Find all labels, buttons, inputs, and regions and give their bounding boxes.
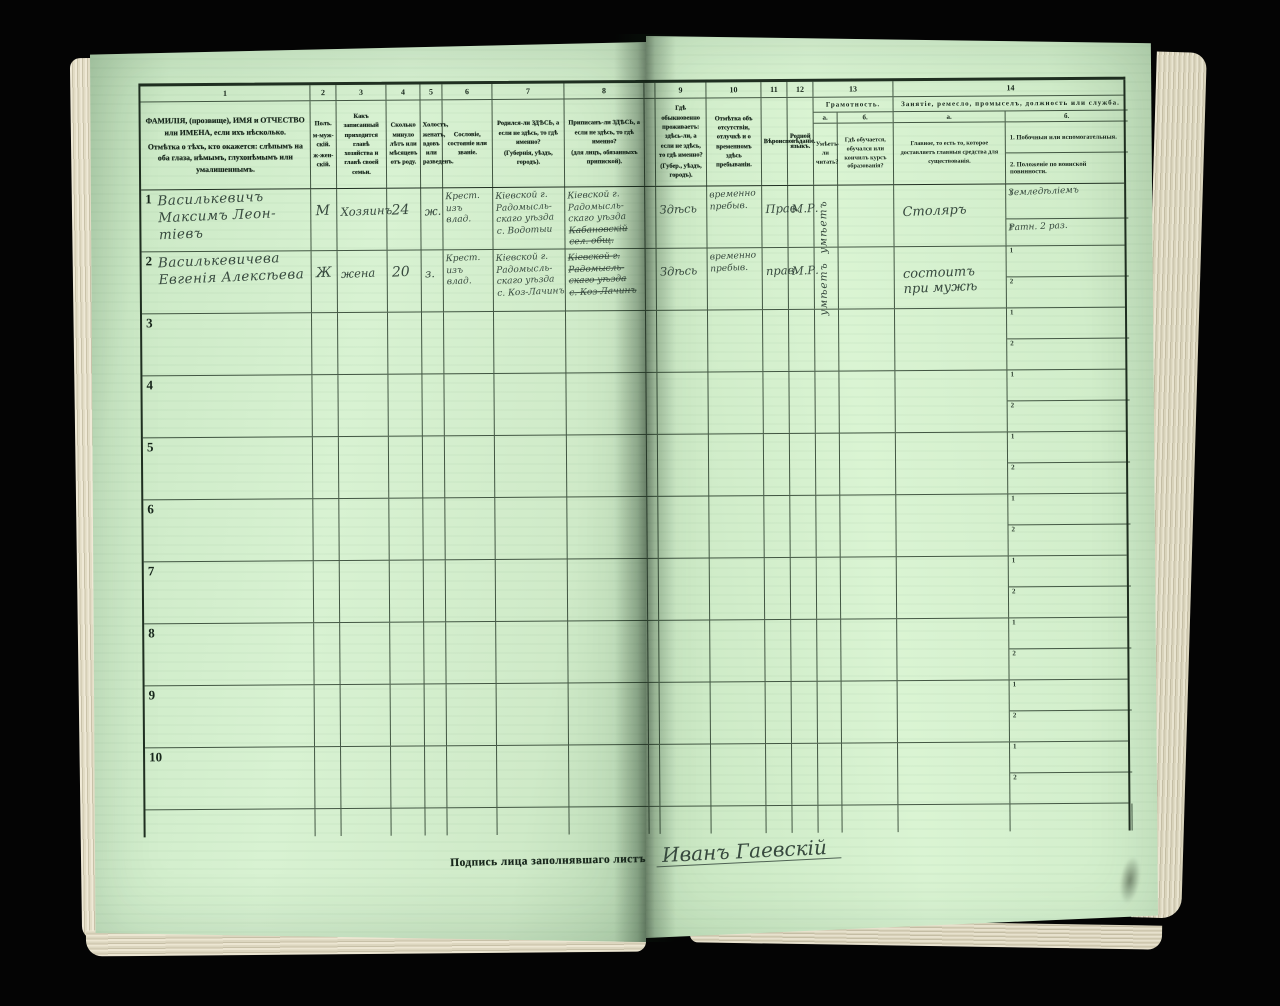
table-row: 612 [143,494,1126,563]
handwritten-entry: Прав. [765,201,788,216]
cell-name: 4 [142,375,312,437]
handwritten-line: с. Коз-Лачинъ [497,286,566,300]
handwritten-line: 24 [391,201,421,218]
cell-occupation-side: 12 [1009,556,1131,618]
handwritten-entry: ВасилькевичеваЕвгенія Алексѣева [158,249,312,289]
fold-gap [644,83,654,98]
header-text: м-муж-скій. [313,131,334,150]
cell-occupation-side: 12 [1010,680,1132,742]
cell-absence [708,372,763,433]
subrow-number: 1 [1010,370,1014,378]
tail-line-cell [1010,804,1132,832]
handwritten-line: временно [709,188,761,202]
cell-absence [711,744,766,805]
cell-age [389,498,423,559]
tail-line-cell [497,807,569,835]
cell-born: Кіевской г.Радомысль-скаго уѣздас. Водот… [493,187,565,249]
cell-language [791,558,817,619]
cell-born [494,373,566,435]
cell-marital [424,560,446,621]
cell-absence [710,558,765,619]
cell-occupation-side: 12 [1007,308,1129,370]
cell-religion [764,496,790,557]
cell-born [497,745,569,807]
cell-relation [339,499,389,560]
row-number: 6 [147,501,154,517]
side-occupation-subrow: 1 [1010,680,1132,711]
table-row: 1ВасилькевичъМаксимъ Леон-тіевъМХозяинъ2… [141,184,1124,253]
literacy-sub-b: б.Гдѣ обучается, обучался или кончилъ ку… [838,112,894,184]
column-number: 10 [706,82,761,97]
handwritten-entry: временнопребыв. [709,188,762,213]
handwritten-entry: умѣетъ [818,242,831,316]
military-status-subrow: 2 [1007,338,1129,369]
handwritten-entry: Здѣсь [659,201,707,217]
handwritten-entry: 24 [391,201,421,218]
header-text: Какъ записанный приходится главѣ хозяйст… [339,112,384,177]
photo-of-open-census-book: 1234567891011121314ФАМИЛІЯ, (прозвище), … [0,0,1280,1006]
cell-literacy-reads: умѣетъ [814,186,838,247]
cell-literacy-where [840,433,896,494]
cell-registered: Кіевской г.Радомысль-скаго уѣздаКабановс… [565,187,645,249]
cell-name: 5 [143,437,313,499]
cell-literacy-where [839,247,895,308]
handwritten-line: жена [341,265,388,281]
subrow-number: 1 [1011,494,1015,502]
tail-line-cell [447,808,497,835]
tail-line-cell [818,806,842,833]
handwritten-entry: Хозяинъ [340,203,387,219]
cell-relation [338,375,388,436]
column-number: 7 [492,83,564,99]
sub-desc: Гдѣ обучается, обучался или кончилъ курс… [838,123,893,184]
row-number: 7 [148,563,155,579]
tail-line-cell [341,809,391,836]
handwritten-entry: Крест.изъвлад. [445,190,493,226]
fold-gap [645,187,655,248]
tail-line-cell [391,808,425,835]
cell-age [388,312,422,373]
table-row: 912 [145,680,1128,749]
cell-registered [566,373,646,435]
subrow-number: 2 [1010,277,1014,285]
row-number: 9 [149,687,156,703]
cell-occupation-side: 12 [1010,742,1132,804]
handwritten-line: Ж [316,264,338,281]
cell-sex [313,499,339,560]
header-col-3: Какъ записанный приходится главѣ хозяйст… [337,101,388,188]
header-col-4: Сколько минуло лѣтъ или мѣсяцевъ отъ род… [387,100,422,187]
header-col-13-literacy: Грамотность.а.Умѣетъ-ли читать?б.Гдѣ обу… [813,97,894,185]
cell-sex [314,561,340,622]
handwritten-entry: прав. [766,263,789,278]
header-col-2: Полъ.м-муж-скій.ж-жен-скій. [311,101,338,188]
cell-age: 20 [388,250,422,311]
sub-desc: Умѣетъ-ли читать? [814,124,837,185]
cell-language [791,620,817,681]
column-number: 3 [336,85,386,100]
header-col-12: Родной языкъ. [787,98,814,185]
subrow-number: 2 [1012,587,1016,595]
cell-estate [447,684,497,745]
fold-gap [646,373,656,434]
cell-religion [763,310,789,371]
handwritten-entry: 20 [392,263,422,280]
fold-gap [646,311,656,372]
handwritten-entry: временнопребыв. [710,250,763,275]
cell-language [792,744,818,805]
subrow-number: 1 [1012,618,1016,626]
subrow-number: 2 [1010,339,1014,347]
cell-age [390,622,424,683]
cell-age [388,374,422,435]
handwritten-line: ж. [424,204,443,219]
cell-occupation-side: 12 [1008,432,1130,494]
side-occupation-subrow: 1 [1007,308,1129,339]
cell-sex [312,375,338,436]
cell-name: 9 [145,685,315,747]
header-text: Сколько минуло лѣтъ или мѣсяцевъ отъ род… [389,121,418,168]
cell-marital [422,312,444,373]
cell-registered [568,559,648,621]
header-text: Родной языкъ. [790,132,811,151]
handwritten-line: временно [710,250,762,264]
column-number: 2 [310,85,336,100]
header-text: (Губер., уѣздъ, городъ). [658,162,704,181]
cell-literacy-reads [816,496,840,557]
cell-absence [708,310,763,371]
cell-residence [657,496,709,557]
cell-marital [423,498,445,559]
handwritten-entry: М [315,202,337,219]
handwritten-entry: Кіевской г.Радомысль-скаго уѣздас. Коз-Л… [568,250,647,299]
row-number: 4 [146,377,153,393]
cell-occupation-main: состоитъпри мужѣ [895,246,1007,308]
fold-gap [645,99,656,186]
cell-religion: Прав. [762,186,788,247]
subrow-number: 2 [1012,649,1016,657]
table-row: 812 [144,618,1127,687]
subrow-number: 1 [1013,680,1017,688]
handwritten-line: Здѣсь [659,201,707,217]
table-row: 312 [142,308,1125,377]
tail-line-cell [711,806,766,833]
cell-registered [566,311,646,373]
cell-language [792,682,818,743]
header-col-6: Сословіе, состояніе или званіе. [443,100,494,187]
handwritten-line: М.Р. [791,201,814,216]
cell-relation [340,623,390,684]
handwritten-entry: М.Р. [791,201,814,216]
cell-religion [765,558,791,619]
cell-religion [763,372,789,433]
cell-name: 10 [145,747,315,809]
column-number: 1 [140,85,310,101]
cell-residence [658,620,710,681]
handwritten-line: Ратн. 2 раз. [1008,218,1128,235]
sub-mark: б. [1006,111,1128,123]
cell-marital: з. [422,250,444,311]
tail-line-cell [569,807,649,835]
cell-estate [446,622,496,683]
cell-occupation-main [897,618,1009,680]
cell-name: 2ВасилькевичеваЕвгенія Алексѣева [142,251,312,313]
cell-estate: Крест.изъвлад. [444,250,494,311]
cell-born [495,435,567,497]
literacy-title: Грамотность. [813,97,892,113]
cell-absence [709,496,764,557]
tail-line-cell [766,806,792,833]
cell-occupation-main [896,432,1008,494]
cell-age [391,746,425,807]
cell-residence: Здѣсь [656,248,708,309]
fold-gap [648,621,658,682]
occupation-sub-a: а.Главное, то есть то, которое доставляе… [894,111,1006,184]
cell-religion: прав. [763,248,789,309]
handwritten-entry: Земледѣліемъ [1008,183,1128,200]
cell-residence [659,744,711,805]
cell-sex [315,747,341,808]
handwritten-entry: Крест.изъвлад. [446,252,494,288]
cell-occupation-main [895,370,1007,432]
cell-estate [447,746,497,807]
sub-mark: а. [894,111,1005,123]
cell-absence: временнопребыв. [708,248,763,309]
cell-registered [568,621,648,683]
cell-estate [445,498,495,559]
cell-relation [339,437,389,498]
header-text: ФАМИЛІЯ, (прозвище), ИМЯ и ОТЧЕСТВО или … [143,115,308,140]
side-occupation-subrow: 1 [1008,432,1130,463]
column-number: 11 [761,82,787,97]
cell-sex [312,313,338,374]
cell-literacy-reads [818,682,842,743]
cell-literacy-where [840,495,896,556]
side-occupation-subrow: 1 [1008,494,1130,525]
cell-religion [764,434,790,495]
cell-residence [658,558,710,619]
cell-residence [659,682,711,743]
header-text: ж-жен-скій. [313,151,334,170]
tail-line-cell [659,806,711,833]
tail-line-cell [842,805,898,832]
cell-residence: Здѣсь [655,186,707,247]
handwritten-line: Хозяинъ [340,203,387,219]
column-number: 12 [787,82,813,97]
side-occupation-subrow: 1 [1009,556,1131,587]
table-row: 1012 [145,742,1128,811]
cell-occupation-side: 12 [1008,494,1130,556]
handwritten-entry: Ратн. 2 раз. [1008,218,1128,235]
cell-occupation-main [898,742,1010,804]
header-text: Гдѣ обыкновенно проживаетъ: здѣсь-ли, а … [658,104,704,160]
handwritten-entry: жена [341,265,388,281]
fold-gap [649,683,659,744]
cell-name: 8 [144,623,314,685]
cell-literacy-reads [815,372,839,433]
military-status-subrow: 2 [1008,400,1130,431]
cell-literacy-reads: умѣетъ [815,248,839,309]
subrow-number: 1 [1010,246,1014,254]
subrow-number: 2 [1013,711,1017,719]
subrow-number: 2 [1013,773,1017,781]
fold-gap [647,435,657,496]
side-occupation-subrow: 1 [1007,370,1129,401]
cell-absence: временнопребыв. [707,186,762,247]
cell-literacy-where [842,743,898,804]
handwritten-line: Прав. [765,201,788,216]
row-number: 2 [146,253,153,269]
row-number: 1 [145,191,152,207]
occupation-sub-b: б.1. Побочныя или вспомогательныя.2. Пол… [1006,111,1128,184]
row-number: 8 [148,625,155,641]
header-text: Приписанъ-ли ЗДѢСЬ, а если не здѣсь, то … [567,118,642,146]
cell-relation [341,685,391,746]
table-header-row: ФАМИЛІЯ, (прозвище), ИМЯ и ОТЧЕСТВО или … [141,96,1125,191]
cell-estate: Крест.изъвлад. [443,188,493,249]
cell-marital [424,622,446,683]
table-row: 412 [142,370,1125,439]
row-number: 10 [149,749,162,765]
sub-mark: а. [814,113,837,124]
header-text: (Губернія, уѣздъ, городъ). [495,149,562,168]
handwritten-line: сел. общ. [569,234,646,249]
military-status-subrow: 2 [1008,462,1130,493]
handwritten-entry: состоитъпри мужѣ [903,263,1007,297]
sub-desc: Главное, то есть то, которое доставляетъ… [894,122,1005,184]
cell-absence [709,434,764,495]
cell-estate [444,312,494,373]
handwritten-line: с. Коз-Лачинъ [569,285,646,300]
handwritten-entry: Кіевской г.Радомысль-скаго уѣздаКабановс… [567,188,646,249]
header-text: Сословіе, состояніе или званіе. [445,130,490,158]
table-row: 512 [143,432,1126,501]
cell-occupation-side: 12 [1009,618,1131,680]
fold-gap [649,745,659,806]
cell-marital [423,436,445,497]
fold-gap [647,497,657,558]
cell-relation: Хозяинъ [337,189,387,250]
handwritten-line: при мужѣ [903,278,1007,297]
handwritten-line: влад. [447,275,494,288]
side-occupation-subrow: 1 [1009,618,1131,649]
military-status-subrow: 2 [1009,648,1131,679]
cell-literacy-where [839,309,895,370]
cell-occupation-side: 1Земледѣліемъ2Ратн. 2 раз. [1006,184,1128,246]
cell-born [495,497,567,559]
cell-occupation-main [896,494,1008,556]
handwritten-line: з. [425,266,444,281]
occupation-sub-b-item: 1. Побочныя или вспомогательныя. [1006,122,1128,153]
header-col-14-occupation: Занятіе, ремесло, промыселъ, должность и… [893,96,1128,185]
cell-residence [656,310,708,371]
fold-gap [646,249,656,310]
cell-marital [422,374,444,435]
cell-literacy-where [841,557,897,618]
cell-language: М.Р. [788,186,814,247]
cell-estate [445,436,495,497]
column-number: 9 [654,82,706,97]
cell-literacy-where [838,185,894,246]
header-col-11: Вѣроисповѣданіе. [761,98,788,185]
handwritten-entry: Столяръ [902,201,1006,220]
cell-language: М.Р. [789,248,815,309]
cell-marital [425,746,447,807]
census-table: 1234567891011121314ФАМИЛІЯ, (прозвище), … [138,77,1130,838]
column-number: 5 [420,84,442,99]
handwritten-entry: Ж [316,264,338,281]
cell-sex [313,437,339,498]
cell-literacy-where [842,681,898,742]
cell-literacy-reads [817,620,841,681]
literacy-sub-a: а.Умѣетъ-ли читать? [814,113,839,185]
cell-sex [315,685,341,746]
cell-estate [444,374,494,435]
cell-name: 3 [142,313,312,375]
cell-born [496,621,568,683]
cell-registered [567,497,647,559]
handwritten-line: Земледѣліемъ [1008,183,1128,200]
column-number: 13 [813,81,893,97]
cell-language [790,496,816,557]
cell-occupation-main [898,680,1010,742]
handwritten-entry: ж. [424,204,443,219]
handwritten-line: пребыв. [710,200,762,214]
handwritten-entry: Здѣсь [660,263,708,279]
tail-line-cell [145,809,315,837]
military-status-subrow: 2 [1010,710,1132,741]
header-col-1: ФАМИЛІЯ, (прозвище), ИМЯ и ОТЧЕСТВО или … [141,101,312,189]
cell-occupation-side: 12 [1007,370,1129,432]
subrow-number: 2 [1011,401,1015,409]
subrow-number: 1 [1013,742,1017,750]
handwritten-line: Столяръ [902,201,1006,220]
cell-occupation-main [895,308,1007,370]
cell-literacy-where [841,619,897,680]
handwritten-line: пребыв. [710,262,762,276]
occupation-sub-b-item: 2. Положеніе по воинской повинности. [1006,152,1128,184]
header-col-7: Родился-ли ЗДѢСЬ, а если не здѣсь, то гд… [493,99,566,187]
fold-gap [649,807,659,834]
cell-literacy-reads [818,744,842,805]
subrow-number: 2 [1011,525,1015,533]
header-col-8: Приписанъ-ли ЗДѢСЬ, а если не здѣсь, то … [565,99,646,187]
subrow-number: 1 [1012,556,1016,564]
cell-occupation-main [897,556,1009,618]
cell-residence [656,372,708,433]
header-text: (для лицъ, обязанныхъ припиской). [567,148,642,167]
cell-literacy-where [839,371,895,432]
handwritten-line: М [315,202,337,219]
cell-relation [340,561,390,622]
column-number: 6 [442,84,492,99]
cell-sex: М [311,189,337,250]
cell-age [389,436,423,497]
tail-line-cell [315,809,341,836]
cell-sex [314,623,340,684]
cell-occupation-main: Столяръ [894,184,1006,246]
cell-language [790,434,816,495]
table-row: 712 [144,556,1127,625]
cell-born: Кіевской г.Радомысль-скаго уѣздас. Коз-Л… [494,249,566,311]
header-text: Отмѣтка объ отсутствіи, отлучкѣ и о врем… [709,114,759,170]
military-status-subrow: 2 [1008,524,1130,555]
cell-registered: Кіевской г.Радомысль-скаго уѣздас. Коз-Л… [566,249,646,311]
cell-born [494,311,566,373]
cell-residence [657,434,709,495]
header-col-5: Холостъ, женатъ, вдовъ или разведенъ. [421,100,444,187]
cell-estate [446,560,496,621]
